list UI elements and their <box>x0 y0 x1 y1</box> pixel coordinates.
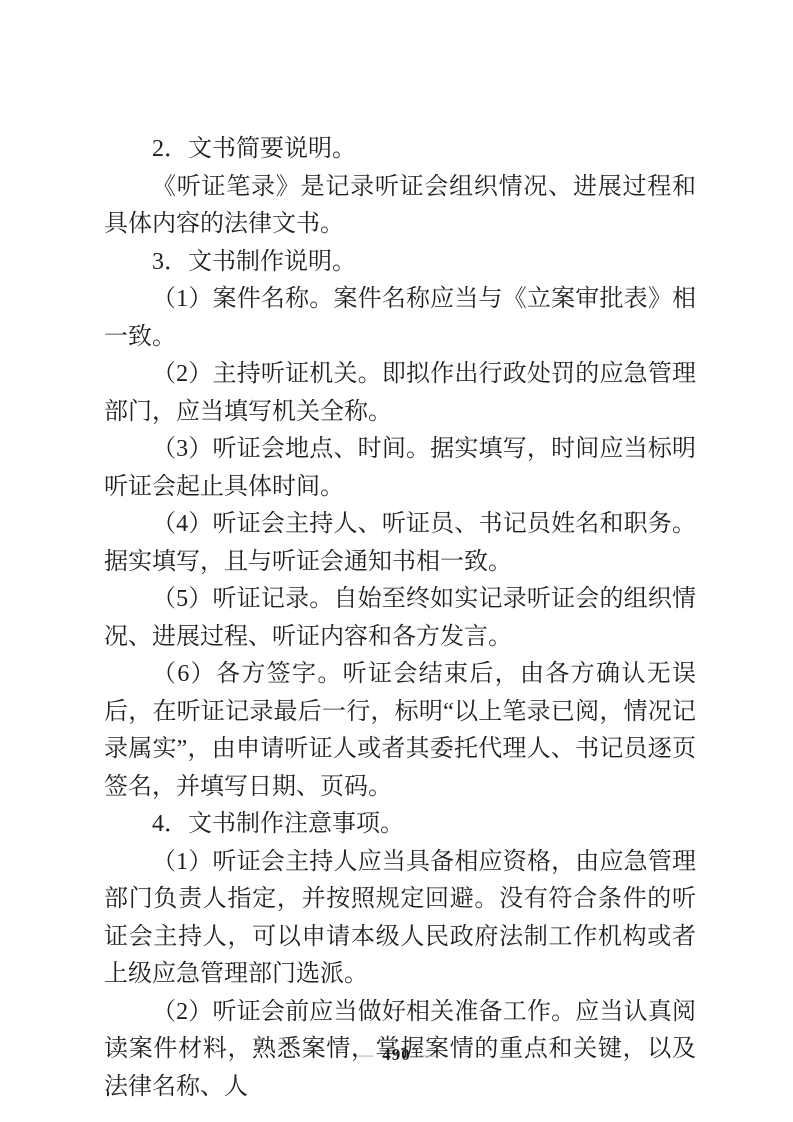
paragraph-4: （1）案件名称。案件名称应当与《立案审批表》相一致。 <box>104 281 696 356</box>
document-page: 2．文书简要说明。 《听证笔录》是记录听证会组织情况、进展过程和具体内容的法律文… <box>0 0 793 1122</box>
paragraph-8: （5）听证记录。自始至终如实记录听证会的组织情况、进展过程、听证内容和各方发言。 <box>104 581 696 656</box>
page-footer: —490— <box>0 1044 793 1066</box>
paragraph-11: （1）听证会主持人应当具备相应资格，由应急管理部门负责人指定，并按照规定回避。没… <box>104 844 696 994</box>
footer-dash-left: — <box>356 1045 373 1064</box>
page-number: 490 <box>382 1045 411 1064</box>
paragraph-1: 2．文书简要说明。 <box>104 131 696 169</box>
footer-dash-right: — <box>420 1045 437 1064</box>
paragraph-2: 《听证笔录》是记录听证会组织情况、进展过程和具体内容的法律文书。 <box>104 169 696 244</box>
text-block: 2．文书简要说明。 《听证笔录》是记录听证会组织情况、进展过程和具体内容的法律文… <box>104 131 696 1106</box>
paragraph-5: （2）主持听证机关。即拟作出行政处罚的应急管理部门，应当填写机关全称。 <box>104 356 696 431</box>
paragraph-3: 3．文书制作说明。 <box>104 244 696 282</box>
paragraph-10: 4．文书制作注意事项。 <box>104 806 696 844</box>
paragraph-7: （4）听证会主持人、听证员、书记员姓名和职务。据实填写，且与听证会通知书相一致。 <box>104 506 696 581</box>
paragraph-6: （3）听证会地点、时间。据实填写，时间应当标明听证会起止具体时间。 <box>104 431 696 506</box>
paragraph-9: （6）各方签字。听证会结束后，由各方确认无误后，在听证记录最后一行，标明“以上笔… <box>104 656 696 806</box>
